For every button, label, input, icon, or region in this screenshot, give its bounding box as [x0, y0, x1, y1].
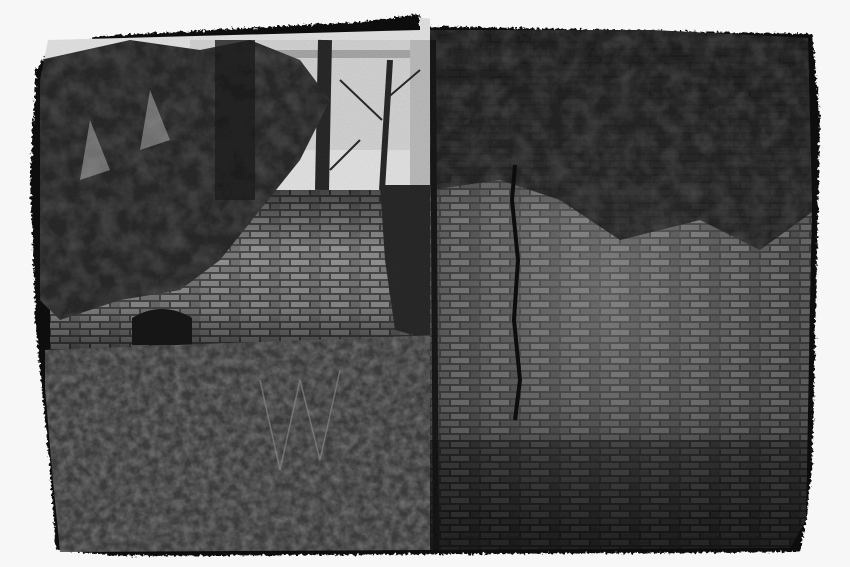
arched-opening	[132, 309, 192, 345]
photograph	[0, 0, 850, 567]
leaf-covered-ground	[45, 335, 445, 560]
main-brick-wall	[430, 30, 815, 560]
